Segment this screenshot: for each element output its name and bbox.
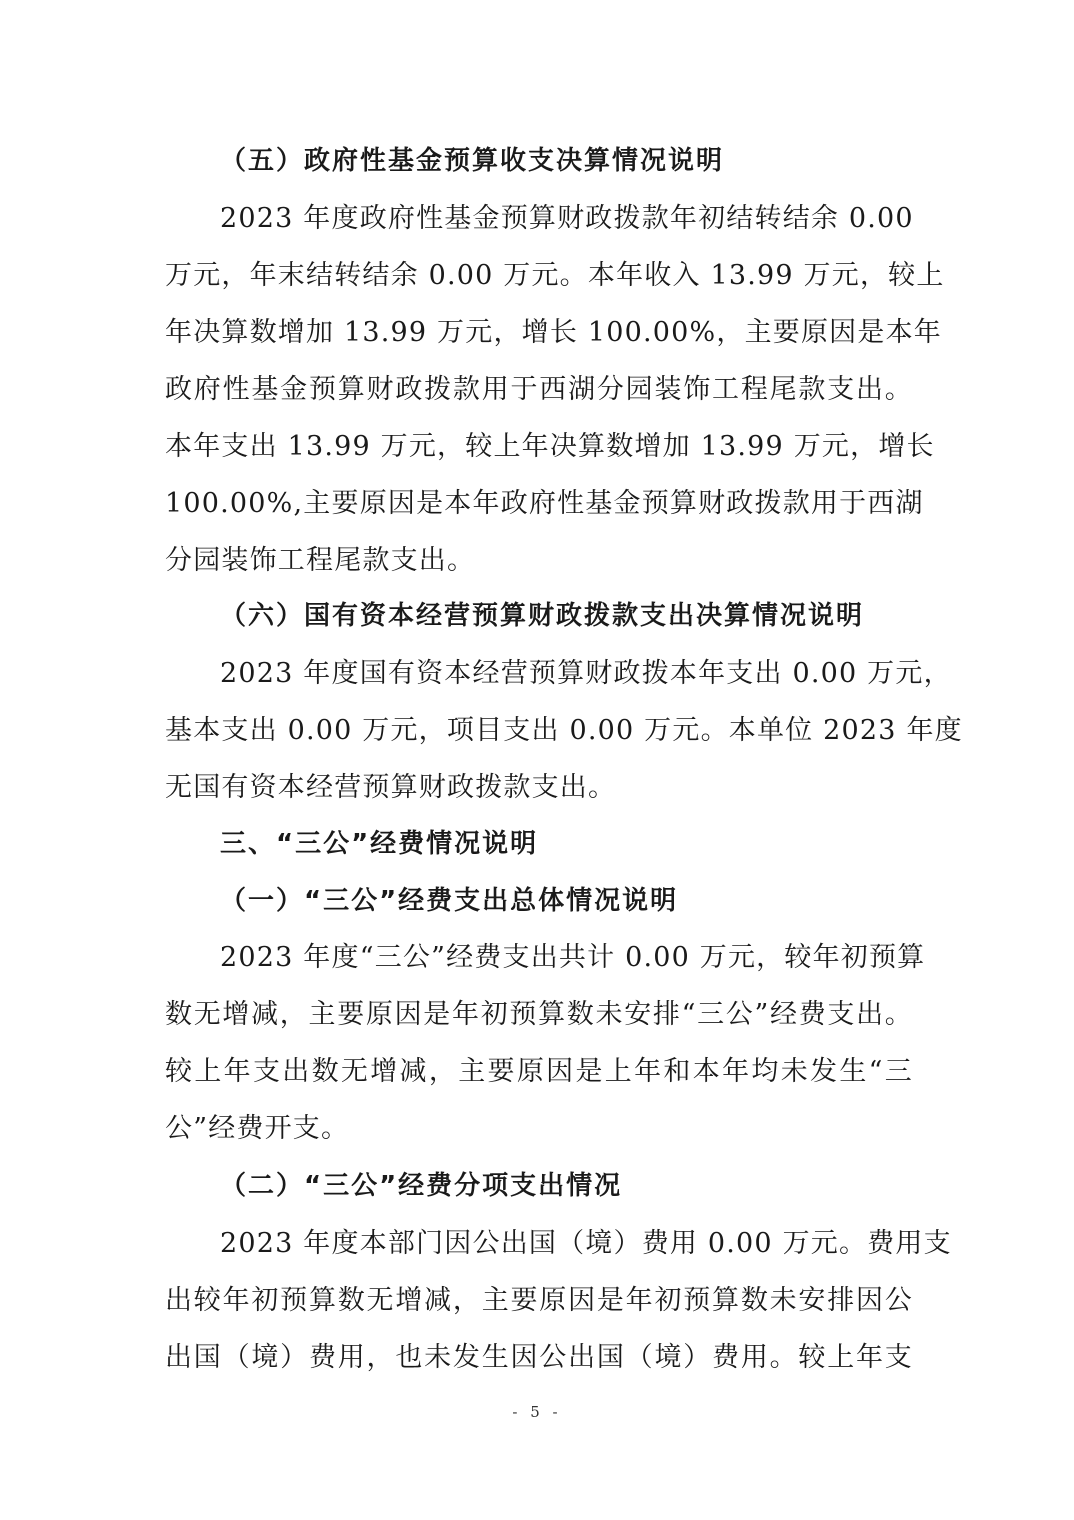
paragraph-line: 2023 年度国有资本经营预算财政拨本年支出 0.00 万元， [220,656,913,692]
paragraph-line: 数无增减，主要原因是年初预算数未安排“三公”经费支出。 [165,997,913,1033]
section-heading: 三、“三公”经费情况说明 [220,826,538,862]
paragraph-line: 政府性基金预算财政拨款用于西湖分园装饰工程尾款支出。 [165,372,913,408]
paragraph-line: 基本支出 0.00 万元，项目支出 0.00 万元。本单位 2023 年度 [165,713,913,749]
section-heading: （六）国有资本经营预算财政拨款支出决算情况说明 [220,598,864,634]
section-heading: （五）政府性基金预算收支决算情况说明 [220,143,724,179]
paragraph-line: 2023 年度政府性基金预算财政拨款年初结转结余 0.00 [220,201,913,237]
paragraph-line: 分园装饰工程尾款支出。 [165,543,475,579]
paragraph-line: 较上年支出数无增减，主要原因是上年和本年均未发生“三 [165,1054,913,1090]
paragraph-line: 出较年初预算数无增减，主要原因是年初预算数未安排因公 [165,1283,913,1319]
section-heading: （二）“三公”经费分项支出情况 [220,1168,622,1204]
paragraph-line: 100.00%,主要原因是本年政府性基金预算财政拨款用于西湖 [165,486,913,522]
paragraph-line: 无国有资本经营预算财政拨款支出。 [165,770,616,806]
section-heading: （一）“三公”经费支出总体情况说明 [220,883,678,919]
paragraph-line: 年决算数增加 13.99 万元，增长 100.00%，主要原因是本年 [165,315,913,351]
paragraph-line: 公”经费开支。 [165,1111,349,1147]
paragraph-line: 2023 年度本部门因公出国（境）费用 0.00 万元。费用支 [220,1226,913,1262]
paragraph-line: 出国（境）费用，也未发生因公出国（境）费用。较上年支 [165,1340,913,1376]
paragraph-line: 本年支出 13.99 万元，较上年决算数增加 13.99 万元，增长 [165,429,913,465]
paragraph-line: 2023 年度“三公”经费支出共计 0.00 万元，较年初预算 [220,940,913,976]
page-number: - 5 - [0,1403,1074,1421]
paragraph-line: 万元，年末结转结余 0.00 万元。本年收入 13.99 万元，较上 [165,258,913,294]
